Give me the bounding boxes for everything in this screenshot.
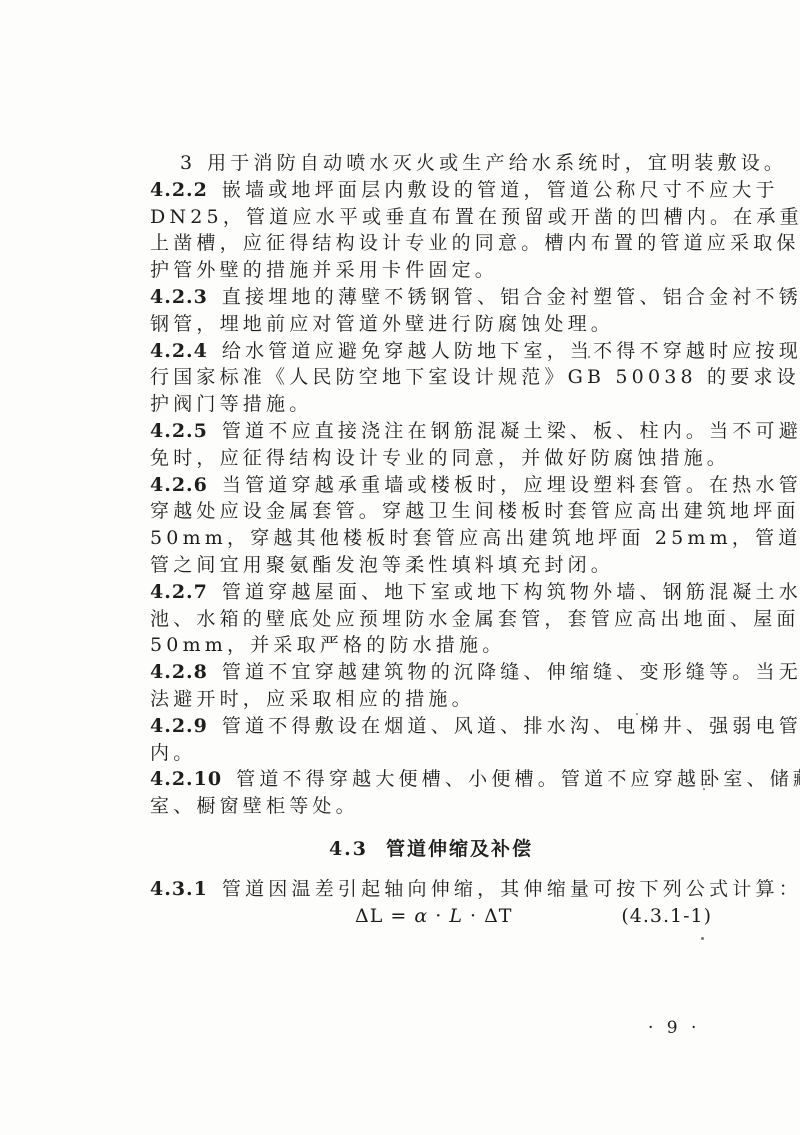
clause-number: 4.2.8 [150,661,208,683]
clause-4-2-10: 4.2.10管道不得穿越大便槽、小便槽。管道不应穿越卧室、储藏 室、橱窗壁柜等处… [150,766,712,820]
clause-number: 4.3.1 [150,878,208,900]
scan-speck [703,788,705,790]
formula-dot: · [428,905,449,927]
paragraph-line: 行国家标准《人民防空地下室设计规范》GB 50038 的要求设置防 [150,364,712,391]
paragraph-line: 穿越处应设金属套管。穿越卫生间楼板时套管应高出建筑地坪面 [150,498,712,525]
paragraph-line: 池、水箱的壁底处应预埋防水金属套管，套管应高出地面、屋面 [150,606,712,633]
paragraph-line: 直接埋地的薄壁不锈钢管、铝合金衬塑管、铝合金衬不锈 [222,286,800,308]
page-number: · 9 · [648,1018,700,1038]
paragraph-line: 管道不宜穿越建筑物的沉降缝、伸缩缝、变形缝等。当无 [222,661,800,683]
formula-delta-t: ΔT [484,905,512,927]
list-item-3: 3用于消防自动喷水灭火或生产给水系统时，宜明装敷设。 [150,150,712,177]
paragraph-line: 50mm，穿越其他楼板时套管应高出建筑地坪面 25mm，管道与套 [150,525,712,552]
paragraph-line: 护管外壁的措施并采用卡件固定。 [150,257,712,284]
formula-row: ΔL = α · L · ΔT (4.3.1-1) [150,903,712,930]
formula-l: L [449,905,463,927]
paragraph-line: 法避开时，应采取相应的措施。 [150,686,712,713]
paragraph-line: 给水管道应避免穿越人防地下室，当不得不穿越时应按现 [222,340,800,362]
formula-alpha: α [414,905,428,927]
clause-4-2-7: 4.2.7管道穿越屋面、地下室或地下构筑物外墙、钢筋混凝土水 池、水箱的壁底处应… [150,579,712,659]
clause-number: 4.2.10 [150,768,222,790]
clause-number: 4.2.4 [150,340,208,362]
scan-speck [701,937,704,940]
clause-4-2-3: 4.2.3直接埋地的薄壁不锈钢管、铝合金衬塑管、铝合金衬不锈 钢管，埋地前应对管… [150,284,712,338]
section-number: 4.3 [329,838,368,860]
clause-4-2-4: 4.2.4给水管道应避免穿越人防地下室，当不得不穿越时应按现 行国家标准《人民防… [150,338,712,418]
paragraph-line: 免时，应征得结构设计专业的同意，并做好防腐蚀措施。 [150,445,712,472]
clause-4-2-8: 4.2.8管道不宜穿越建筑物的沉降缝、伸缩缝、变形缝等。当无 法避开时，应采取相… [150,659,712,713]
clause-number: 4.2.3 [150,286,208,308]
clause-4-2-2: 4.2.2嵌墙或地坪面层内敷设的管道，管道公称尺寸不应大于 DN25，管道应水平… [150,177,712,284]
scan-speck [588,356,590,358]
paragraph-line: 上凿槽，应征得结构设计专业的同意。槽内布置的管道应采取保 [150,230,712,257]
paragraph-line: 钢管，埋地前应对管道外壁进行防腐蚀处理。 [150,311,712,338]
paragraph-line: 护阀门等措施。 [150,391,712,418]
clause-4-3-1: 4.3.1管道因温差引起轴向伸缩，其伸缩量可按下列公式计算： [150,876,712,903]
clause-number: 4.2.5 [150,420,208,442]
equation-number: (4.3.1-1) [621,903,712,930]
paragraph-line: 50mm，并采取严格的防水措施。 [150,632,712,659]
formula-lhs: ΔL [355,905,383,927]
paragraph-line: 管道不得穿越大便槽、小便槽。管道不应穿越卧室、储藏 [236,768,800,790]
clause-4-2-6: 4.2.6当管道穿越承重墙或楼板时，应埋设塑料套管。在热水管 穿越处应设金属套管… [150,472,712,579]
paragraph-line: 管之间宜用聚氨酯发泡等柔性填料填充封闭。 [150,552,712,579]
scan-speck [276,179,279,182]
formula: ΔL = α · L · ΔT [355,903,512,930]
item-number: 3 [180,152,193,174]
paragraph-line: 内。 [150,740,712,767]
scan-speck [636,713,638,715]
paragraph-line: 当管道穿越承重墙或楼板时，应埋设塑料套管。在热水管 [222,474,800,496]
paragraph-line: 管道不得敷设在烟道、风道、排水沟、电梯井、强弱电管井 [222,715,800,737]
clause-4-2-9: 4.2.9管道不得敷设在烟道、风道、排水沟、电梯井、强弱电管井 内。 [150,713,712,767]
clause-4-2-5: 4.2.5管道不应直接浇注在钢筋混凝土梁、板、柱内。当不可避 免时，应征得结构设… [150,418,712,472]
formula-dot: · [463,905,484,927]
document-page: 3用于消防自动喷水灭火或生产给水系统时，宜明装敷设。 4.2.2嵌墙或地坪面层内… [150,150,712,930]
clause-number: 4.2.7 [150,581,208,603]
clause-number: 4.2.6 [150,474,208,496]
section-heading: 4.3管道伸缩及补偿 [150,822,712,876]
paragraph-line: 管道穿越屋面、地下室或地下构筑物外墙、钢筋混凝土水 [222,581,800,603]
paragraph-line: 嵌墙或地坪面层内敷设的管道，管道公称尺寸不应大于 [222,179,779,201]
clause-number: 4.2.9 [150,715,208,737]
section-title: 管道伸缩及补偿 [386,838,533,860]
clause-number: 4.2.2 [150,179,208,201]
paragraph-line: 用于消防自动喷水灭火或生产给水系统时，宜明装敷设。 [207,152,787,174]
paragraph-line: 室、橱窗壁柜等处。 [150,793,712,820]
paragraph-line: DN25，管道应水平或垂直布置在预留或开凿的凹槽内。在承重墙 [150,204,712,231]
paragraph-line: 管道不应直接浇注在钢筋混凝土梁、板、柱内。当不可避 [222,420,800,442]
paragraph-line: 管道因温差引起轴向伸缩，其伸缩量可按下列公式计算： [222,878,800,900]
formula-equals: = [383,905,414,927]
